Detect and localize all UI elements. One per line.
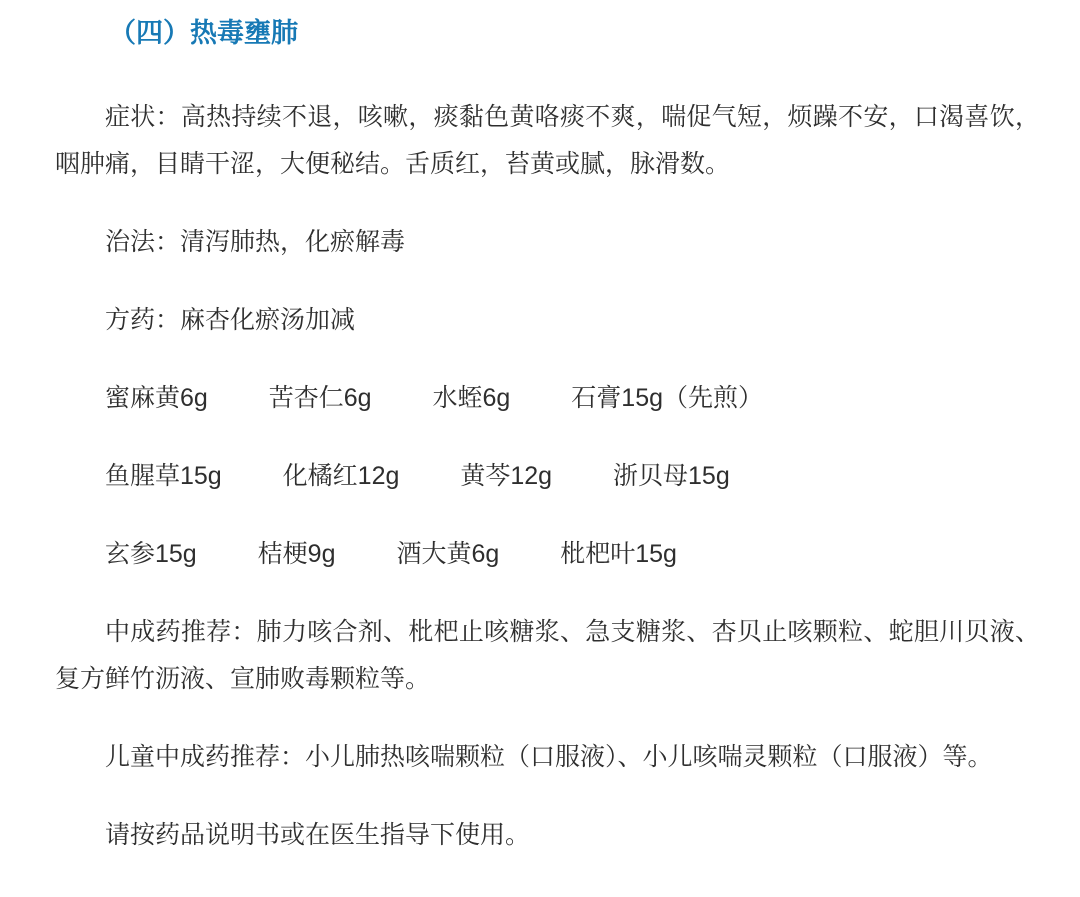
herb-item: 化橘红12g	[283, 453, 400, 500]
prescription-paragraph: 方药：麻杏化瘀汤加减	[55, 297, 1040, 344]
treatment-method-paragraph: 治法：清泻肺热，化瘀解毒	[55, 219, 1040, 266]
document-page: （四）热毒壅肺 症状：高热持续不退，咳嗽，痰黏色黄咯痰不爽，喘促气短，烦躁不安，…	[0, 0, 1080, 897]
herb-item: 蜜麻黄6g	[105, 375, 208, 422]
herb-item: 浙贝母15g	[613, 453, 730, 500]
herb-row: 蜜麻黄6g 苦杏仁6g 水蛭6g 石膏15g（先煎）	[55, 375, 1040, 422]
herb-item: 水蛭6g	[433, 375, 511, 422]
herb-row: 鱼腥草15g 化橘红12g 黄芩12g 浙贝母15g	[55, 453, 1040, 500]
children-medicine-paragraph: 儿童中成药推荐：小儿肺热咳喘颗粒（口服液）、小儿咳喘灵颗粒（口服液）等。	[55, 734, 1040, 781]
usage-note-paragraph: 请按药品说明书或在医生指导下使用。	[55, 812, 1040, 859]
symptoms-paragraph: 症状：高热持续不退，咳嗽，痰黏色黄咯痰不爽，喘促气短，烦躁不安，口渴喜饮，咽肿痛…	[55, 94, 1040, 188]
herb-row: 玄参15g 桔梗9g 酒大黄6g 枇杷叶15g	[55, 531, 1040, 578]
herb-item: 玄参15g	[105, 531, 197, 578]
herb-item: 黄芩12g	[460, 453, 552, 500]
patent-medicine-paragraph: 中成药推荐：肺力咳合剂、枇杷止咳糖浆、急支糖浆、杏贝止咳颗粒、蛇胆川贝液、复方鲜…	[55, 609, 1040, 703]
herb-item: 苦杏仁6g	[269, 375, 372, 422]
herb-item: 枇杷叶15g	[560, 531, 677, 578]
herb-item: 酒大黄6g	[396, 531, 499, 578]
herb-item: 石膏15g（先煎）	[571, 375, 763, 422]
section-title: （四）热毒壅肺	[55, 16, 1040, 50]
herb-item: 鱼腥草15g	[105, 453, 222, 500]
herb-item: 桔梗9g	[258, 531, 336, 578]
